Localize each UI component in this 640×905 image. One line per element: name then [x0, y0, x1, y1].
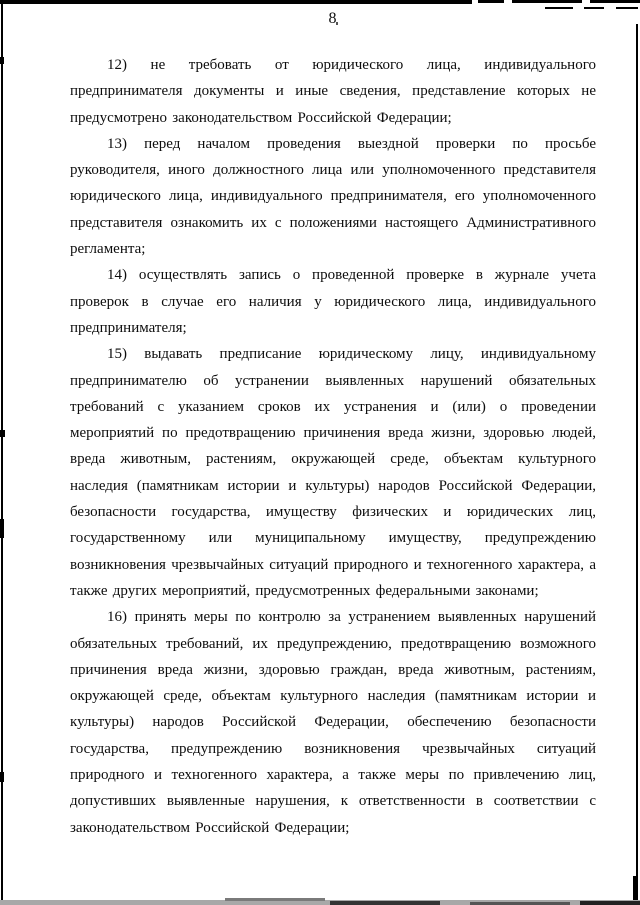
document-page: 8 12) не требовать от юридического лица,… — [0, 0, 640, 905]
paragraph-item-14: 14) осуществлять запись о проведенной пр… — [70, 262, 596, 341]
paragraph-item-15: 15) выдавать предписание юридическому ли… — [70, 341, 596, 604]
scan-speck — [0, 430, 5, 437]
scan-border-bottom-dash — [225, 898, 325, 901]
scan-border-right — [636, 24, 638, 905]
scan-border-top-dash — [512, 0, 582, 3]
scan-border-top-dash — [590, 0, 640, 3]
paragraph-item-16: 16) принять меры по контролю за устранен… — [70, 604, 596, 841]
scan-border-top — [0, 0, 472, 4]
scan-border-top-dash — [616, 7, 638, 9]
paragraph-item-12: 12) не требовать от юридического лица, и… — [70, 52, 596, 131]
document-body: 12) не требовать от юридического лица, и… — [70, 52, 596, 841]
scan-border-bottom-dash — [580, 901, 640, 905]
scan-border-top-dash — [478, 0, 504, 3]
scan-border-bottom-dash — [330, 901, 440, 905]
scan-speck — [0, 772, 4, 782]
page-number: 8 — [70, 10, 596, 28]
scan-speck — [0, 57, 4, 64]
scan-speck — [0, 519, 4, 538]
scan-border-top-dash — [545, 7, 573, 9]
paragraph-item-13: 13) перед началом проведения выездной пр… — [70, 131, 596, 262]
scan-border-left — [1, 0, 3, 905]
scan-border-top-dash — [584, 7, 604, 9]
